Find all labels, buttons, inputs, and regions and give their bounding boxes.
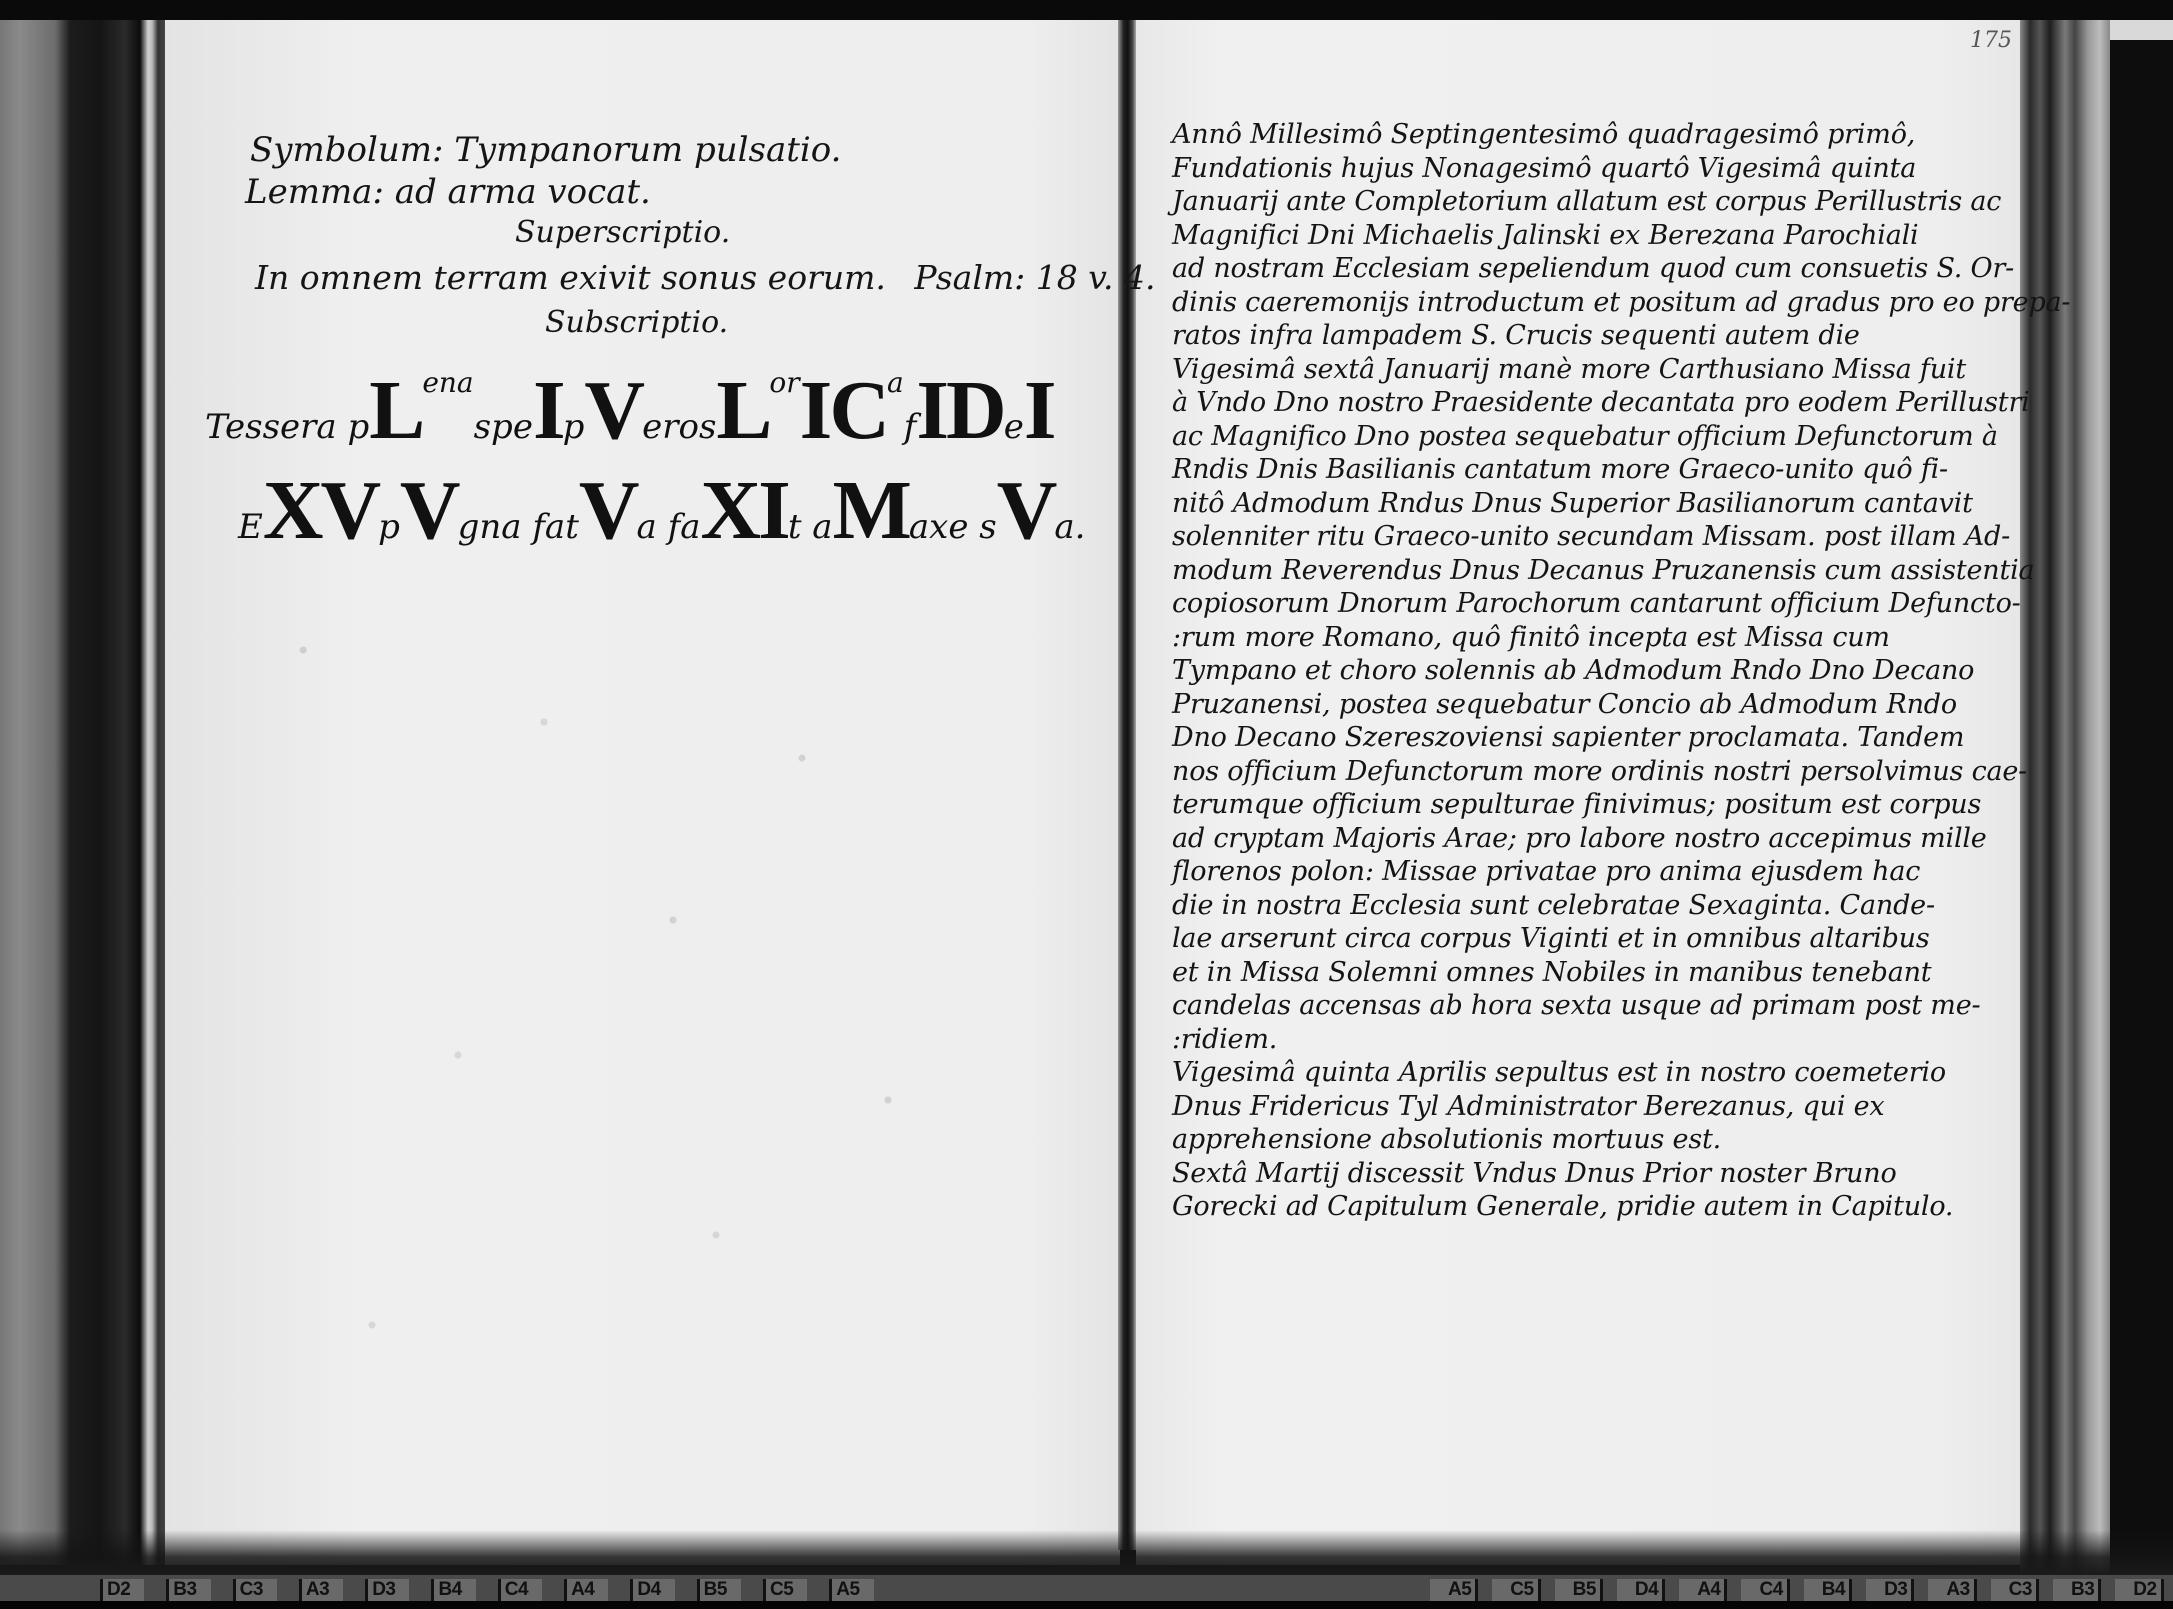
chronogram-numeral: V bbox=[997, 472, 1055, 550]
manuscript-line: Januarij ante Completorium allatum est c… bbox=[1172, 185, 2002, 219]
chronogram-numeral: L bbox=[369, 372, 422, 450]
chronogram-letters: E bbox=[238, 510, 263, 544]
chronogram-letters: Tessera p bbox=[205, 410, 369, 444]
film-frame-label: A5 bbox=[1430, 1579, 1478, 1601]
verse-line: In omnem terram exivit sonus eorum. Psal… bbox=[255, 258, 1155, 297]
film-frame-label: C4 bbox=[498, 1579, 542, 1601]
film-frame-label: A3 bbox=[299, 1579, 343, 1601]
chronogram-letters: a bbox=[887, 366, 904, 399]
film-frame-label: C5 bbox=[1492, 1579, 1540, 1601]
chronogram-letters: axe s bbox=[909, 510, 997, 544]
manuscript-line: Tympano et choro solennis ab Admodum Rnd… bbox=[1172, 654, 2002, 688]
left-page bbox=[165, 20, 1120, 1565]
film-frame-label: A5 bbox=[829, 1579, 873, 1601]
chronogram-letters: a. bbox=[1054, 510, 1085, 544]
chronogram-numeral: M bbox=[833, 472, 909, 550]
scanner-background bbox=[2110, 40, 2173, 1580]
chronogram-letters: or bbox=[769, 366, 799, 399]
film-frame-label: A4 bbox=[1679, 1579, 1727, 1601]
book-right-edge-page-stack bbox=[2020, 20, 2110, 1575]
chronogram-letters: p bbox=[378, 510, 400, 544]
manuscript-line: nitô Admodum Rndus Dnus Superior Basilia… bbox=[1172, 487, 2002, 521]
manuscript-line: ac Magnifico Dno postea sequebatur offic… bbox=[1172, 420, 2002, 454]
chronogram-numeral: IC bbox=[800, 372, 887, 450]
chronogram-letters: spe bbox=[474, 410, 533, 444]
film-frame-label: C4 bbox=[1741, 1579, 1789, 1601]
manuscript-line: Dnus Fridericus Tyl Administrator Bereza… bbox=[1172, 1090, 2002, 1124]
film-frame-label: D3 bbox=[1866, 1579, 1914, 1601]
right-page-text-block: Annô Millesimô Septingentesimô quadrages… bbox=[1172, 118, 2002, 1224]
film-frame-label: D2 bbox=[100, 1579, 144, 1601]
manuscript-line: Magnifici Dni Michaelis Jalinski ex Bere… bbox=[1172, 219, 2002, 253]
film-frame-label: C5 bbox=[763, 1579, 807, 1601]
manuscript-line: Fundationis hujus Nonagesimô quartô Vige… bbox=[1172, 152, 2002, 186]
film-frame-label: D4 bbox=[1617, 1579, 1665, 1601]
verse-reference: Psalm: 18 v. 4. bbox=[914, 258, 1155, 297]
manuscript-line: ad nostram Ecclesiam sepeliendum quod cu… bbox=[1172, 252, 2002, 286]
book-gutter bbox=[1118, 20, 1136, 1550]
manuscript-line: terumque officium sepulturae finivimus; … bbox=[1172, 788, 2002, 822]
chronogram-numeral: I bbox=[1024, 372, 1054, 450]
manuscript-line: copiosorum Dnorum Parochorum cantarunt o… bbox=[1172, 587, 2002, 621]
manuscript-line: :ridiem. bbox=[1172, 1023, 2002, 1057]
film-frame-label: C3 bbox=[233, 1579, 277, 1601]
verse-text: In omnem terram exivit sonus eorum. bbox=[255, 258, 886, 297]
chronogram-numeral: V bbox=[400, 472, 458, 550]
manuscript-line: candelas accensas ab hora sexta usque ad… bbox=[1172, 989, 2002, 1023]
chronogram-letters: a fa bbox=[637, 510, 701, 544]
chronogram-numeral: V bbox=[584, 372, 642, 450]
chronogram-letters: p bbox=[563, 410, 585, 444]
manuscript-line: Vigesimâ quinta Aprilis sepultus est in … bbox=[1172, 1056, 2002, 1090]
subscriptio-heading: Subscriptio. bbox=[545, 305, 728, 340]
film-frame-label: C3 bbox=[1991, 1579, 2039, 1601]
manuscript-line: nos officium Defunctorum more ordinis no… bbox=[1172, 755, 2002, 789]
film-frame-label: D4 bbox=[630, 1579, 674, 1601]
manuscript-line: ad cryptam Majoris Arae; pro labore nost… bbox=[1172, 822, 2002, 856]
folio-number: 175 bbox=[1970, 28, 2012, 53]
manuscript-line: Annô Millesimô Septingentesimô quadrages… bbox=[1172, 118, 2002, 152]
film-frame-label: B5 bbox=[1555, 1579, 1603, 1601]
film-labels-right: A5C5B5D4A4C4B4D3A3C3B3D2A2 bbox=[1430, 1579, 2173, 1601]
chronogram-letters: eros bbox=[642, 410, 716, 444]
manuscript-line: florenos polon: Missae privatae pro anim… bbox=[1172, 855, 2002, 889]
manuscript-line: Pruzanensi, postea sequebatur Concio ab … bbox=[1172, 688, 2002, 722]
manuscript-line: Rndis Dnis Basilianis cantatum more Grae… bbox=[1172, 453, 2002, 487]
film-frame-label: B4 bbox=[1804, 1579, 1852, 1601]
chronogram-numeral: XV bbox=[263, 472, 378, 550]
chronogram-letters: gna fat bbox=[458, 510, 579, 544]
chronogram-numeral: XI bbox=[700, 472, 787, 550]
manuscript-line: ratos infra lampadem S. Crucis sequenti … bbox=[1172, 319, 2002, 353]
chronogram-letters: e bbox=[1004, 410, 1024, 444]
manuscript-line: apprehensione absolutionis mortuus est. bbox=[1172, 1123, 2002, 1157]
chronogram-numeral: V bbox=[579, 472, 637, 550]
chronogram-numeral: L bbox=[716, 372, 769, 450]
manuscript-line: Vigesimâ sextâ Januarij manè more Carthu… bbox=[1172, 353, 2002, 387]
manuscript-line: solenniter ritu Graeco-unito secundam Mi… bbox=[1172, 520, 2002, 554]
manuscript-line: à Vndo Dno nostro Praesidente decantata … bbox=[1172, 386, 2002, 420]
film-frame-label: B5 bbox=[697, 1579, 741, 1601]
manuscript-line: et in Missa Solemni omnes Nobiles in man… bbox=[1172, 956, 2002, 990]
manuscript-line: modum Reverendus Dnus Decanus Pruzanensi… bbox=[1172, 554, 2002, 588]
chronogram-line-1: Tessera pLena speI pVeros LorICa fIDeI bbox=[205, 360, 1054, 450]
chronogram-numeral: I bbox=[533, 372, 563, 450]
chronogram-numeral: ID bbox=[916, 372, 1003, 450]
film-frame-label: B4 bbox=[431, 1579, 475, 1601]
chronogram-letters: f bbox=[904, 410, 917, 444]
scanner-top-border bbox=[0, 0, 2173, 22]
book-left-edge-page-stack bbox=[0, 20, 165, 1565]
page-bottom-shadow bbox=[0, 1530, 2173, 1575]
film-edge bbox=[0, 1601, 2173, 1609]
manuscript-line: Dno Decano Szereszoviensi sapienter proc… bbox=[1172, 721, 2002, 755]
film-frame-label: D3 bbox=[365, 1579, 409, 1601]
lemma-line: Lemma: ad arma vocat. bbox=[245, 172, 651, 212]
film-frame-label: B3 bbox=[2053, 1579, 2101, 1601]
microfilm-label-strip: D2B3C3A3D3B4C4A4D4B5C5A5 A5C5B5D4A4C4B4D… bbox=[0, 1575, 2173, 1609]
manuscript-line: lae arserunt circa corpus Viginti et in … bbox=[1172, 922, 2002, 956]
superscriptio-heading: Superscriptio. bbox=[515, 215, 730, 250]
manuscript-line: dinis caeremonijs introductum et positum… bbox=[1172, 286, 2002, 320]
manuscript-line: die in nostra Ecclesia sunt celebratae S… bbox=[1172, 889, 2002, 923]
film-frame-label: B3 bbox=[166, 1579, 210, 1601]
film-frame-label: D2 bbox=[2115, 1579, 2163, 1601]
chronogram-letters: t a bbox=[788, 510, 833, 544]
manuscript-line: Gorecki ad Capitulum Generale, pridie au… bbox=[1172, 1190, 2002, 1224]
manuscript-line: Sextâ Martij discessit Vndus Dnus Prior … bbox=[1172, 1157, 2002, 1191]
film-labels-left: D2B3C3A3D3B4C4A4D4B5C5A5 bbox=[100, 1579, 896, 1601]
chronogram-line-2: EXVpVgna fatVa faXIt aMaxe sVa. bbox=[238, 460, 1085, 550]
chronogram-letters: ena bbox=[422, 366, 473, 399]
film-frame-label: A4 bbox=[564, 1579, 608, 1601]
symbolum-line: Symbolum: Tympanorum pulsatio. bbox=[250, 130, 841, 170]
manuscript-line: :rum more Romano, quô finitô incepta est… bbox=[1172, 621, 2002, 655]
film-frame-label: A3 bbox=[1928, 1579, 1976, 1601]
